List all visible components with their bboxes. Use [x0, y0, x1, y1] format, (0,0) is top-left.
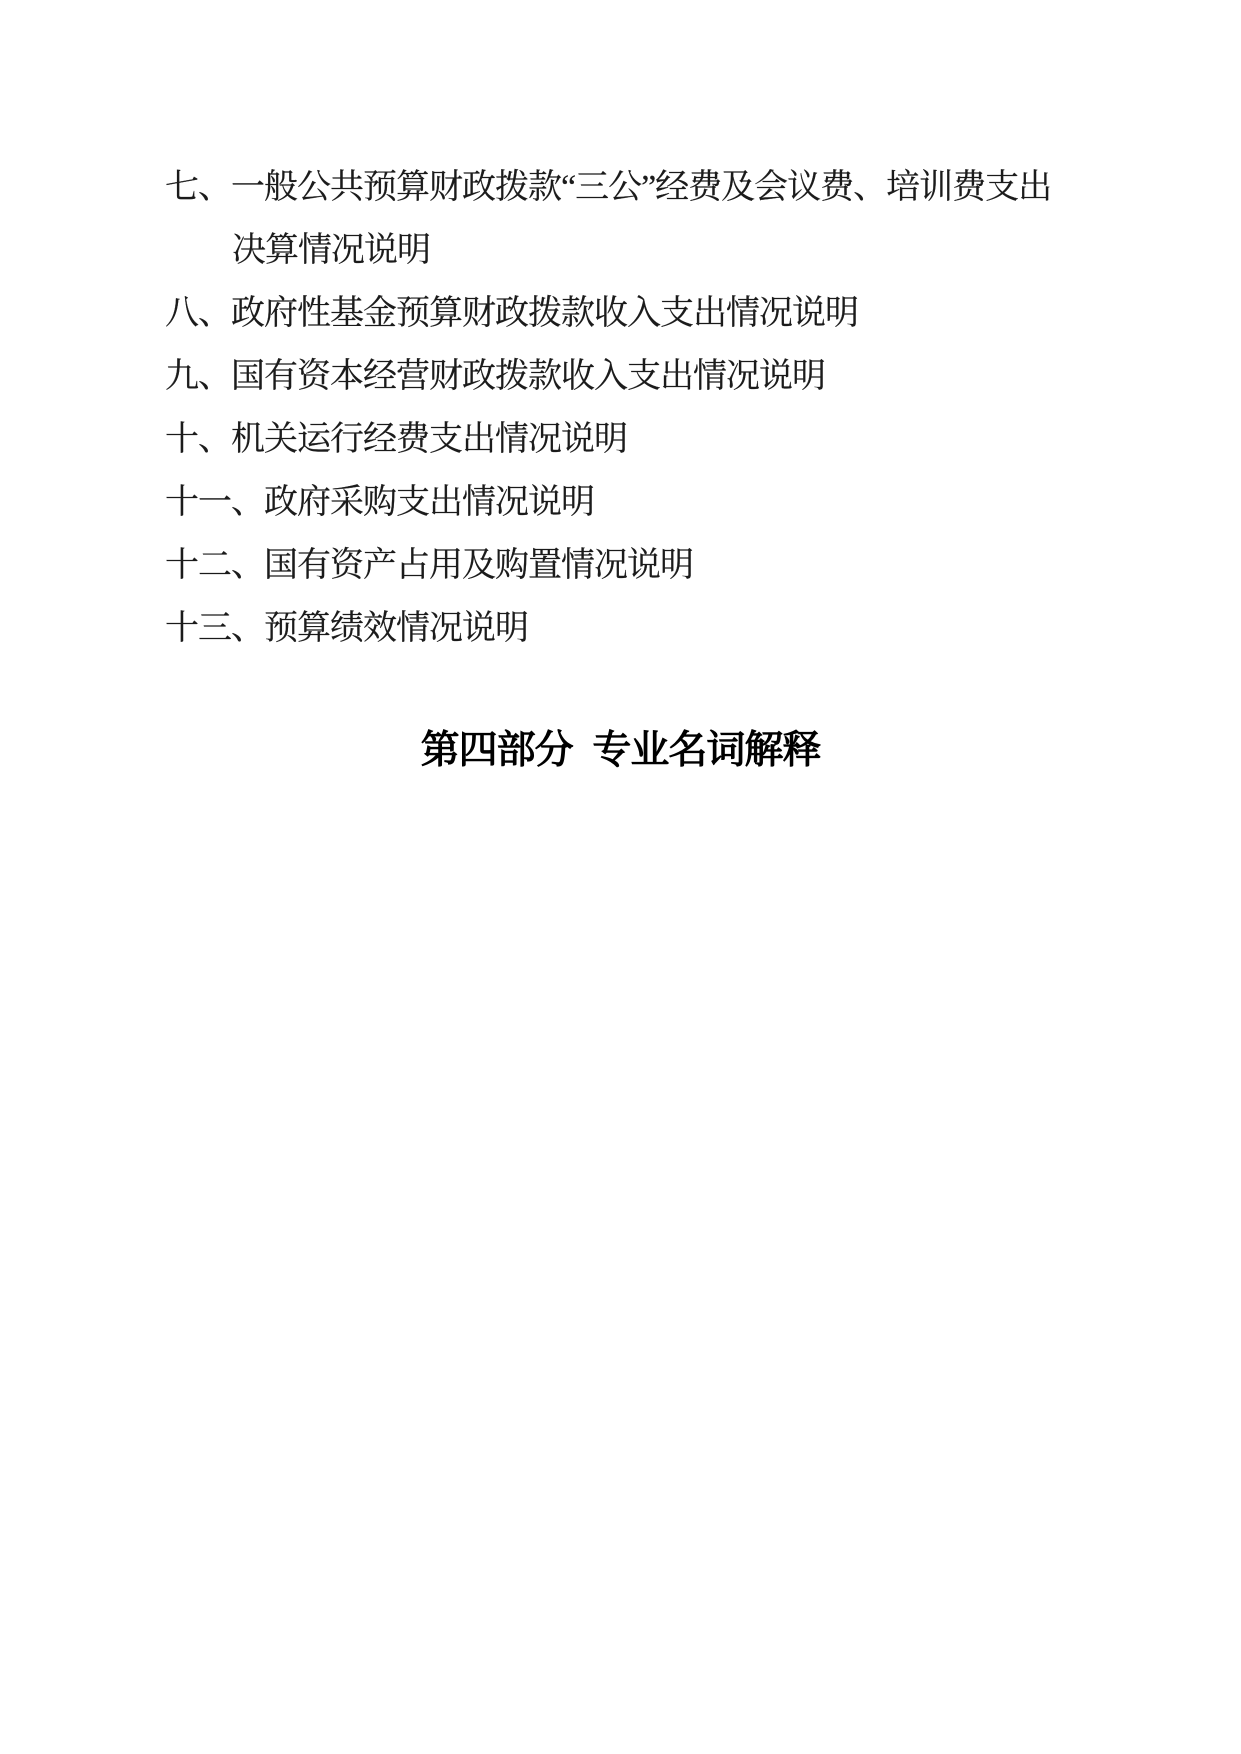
toc-item-11: 十一、政府采购支出情况说明 [165, 471, 1105, 534]
toc-item-7-line-1: 七、一般公共预算财政拨款“三公”经费及会议费、培训费支出 [165, 156, 1105, 219]
toc-item-7-line-2: 决算情况说明 [165, 219, 1105, 282]
toc-item-8: 八、政府性基金预算财政拨款收入支出情况说明 [165, 282, 1105, 345]
section-heading: 第四部分 专业名词解释 [0, 727, 1241, 775]
document-page: 七、一般公共预算财政拨款“三公”经费及会议费、培训费支出 决算情况说明 八、政府… [0, 0, 1241, 1754]
toc-item-10: 十、机关运行经费支出情况说明 [165, 408, 1105, 471]
toc-list: 七、一般公共预算财政拨款“三公”经费及会议费、培训费支出 决算情况说明 八、政府… [165, 156, 1105, 660]
toc-item-12: 十二、国有资产占用及购置情况说明 [165, 534, 1105, 597]
toc-item-13: 十三、预算绩效情况说明 [165, 597, 1105, 660]
toc-item-9: 九、国有资本经营财政拨款收入支出情况说明 [165, 345, 1105, 408]
